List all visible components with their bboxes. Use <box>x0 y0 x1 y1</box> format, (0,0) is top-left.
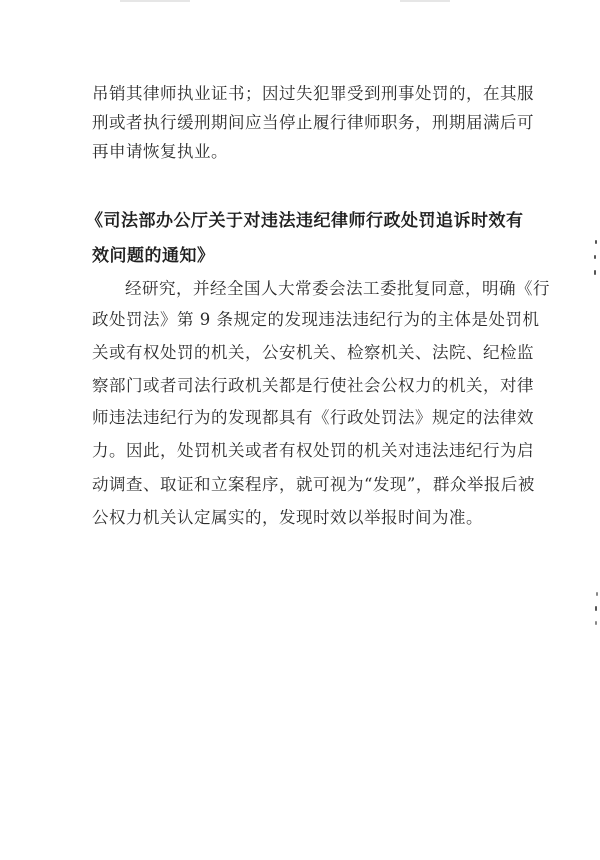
binding-mark <box>594 255 596 259</box>
heading-line: 《司法部办公厅关于对违法违纪律师行政处罚追诉时效有 <box>86 211 512 231</box>
binding-mark <box>594 270 596 275</box>
binding-mark <box>595 606 597 611</box>
text-line: 关或有权处罚的机关，公安机关、检察机关、法院、纪检监 <box>92 343 512 363</box>
text-line: 察部门或者司法行政机关都是行使社会公权力的机关，对律 <box>92 376 512 396</box>
text-line: 师违法违纪行为的发现都具有《行政处罚法》规定的法律效 <box>92 408 512 428</box>
scan-artifact <box>120 0 190 2</box>
text-line: 经研究，并经全国人大常委会法工委批复同意，明确《行 <box>125 279 512 299</box>
text-line: 公权力机关认定属实的，发现时效以举报时间为准。 <box>92 508 512 528</box>
text-line: 再申请恢复执业。 <box>92 142 512 162</box>
text-line: 刑或者执行缓刑期间应当停止履行律师职务，刑期届满后可 <box>92 113 512 133</box>
text-line: 力。因此，处罚机关或者有权处罚的机关对违法违纪行为启 <box>92 441 512 461</box>
text-line: 动调查、取证和立案程序，就可视为“发现”，群众举报后被 <box>92 475 512 495</box>
heading-line: 效问题的通知》 <box>92 246 512 266</box>
document-page: 吊销其律师执业证书；因过失犯罪受到刑事处罚的，在其服 刑或者执行缓刑期间应当停止… <box>0 0 600 860</box>
binding-mark <box>596 592 598 596</box>
binding-mark <box>595 240 597 244</box>
scan-artifact <box>400 0 450 2</box>
text-line: 吊销其律师执业证书；因过失犯罪受到刑事处罚的，在其服 <box>92 84 512 104</box>
text-line: 政处罚法》第 9 条规定的发现违法违纪行为的主体是处罚机 <box>92 310 512 330</box>
binding-mark <box>595 621 597 625</box>
